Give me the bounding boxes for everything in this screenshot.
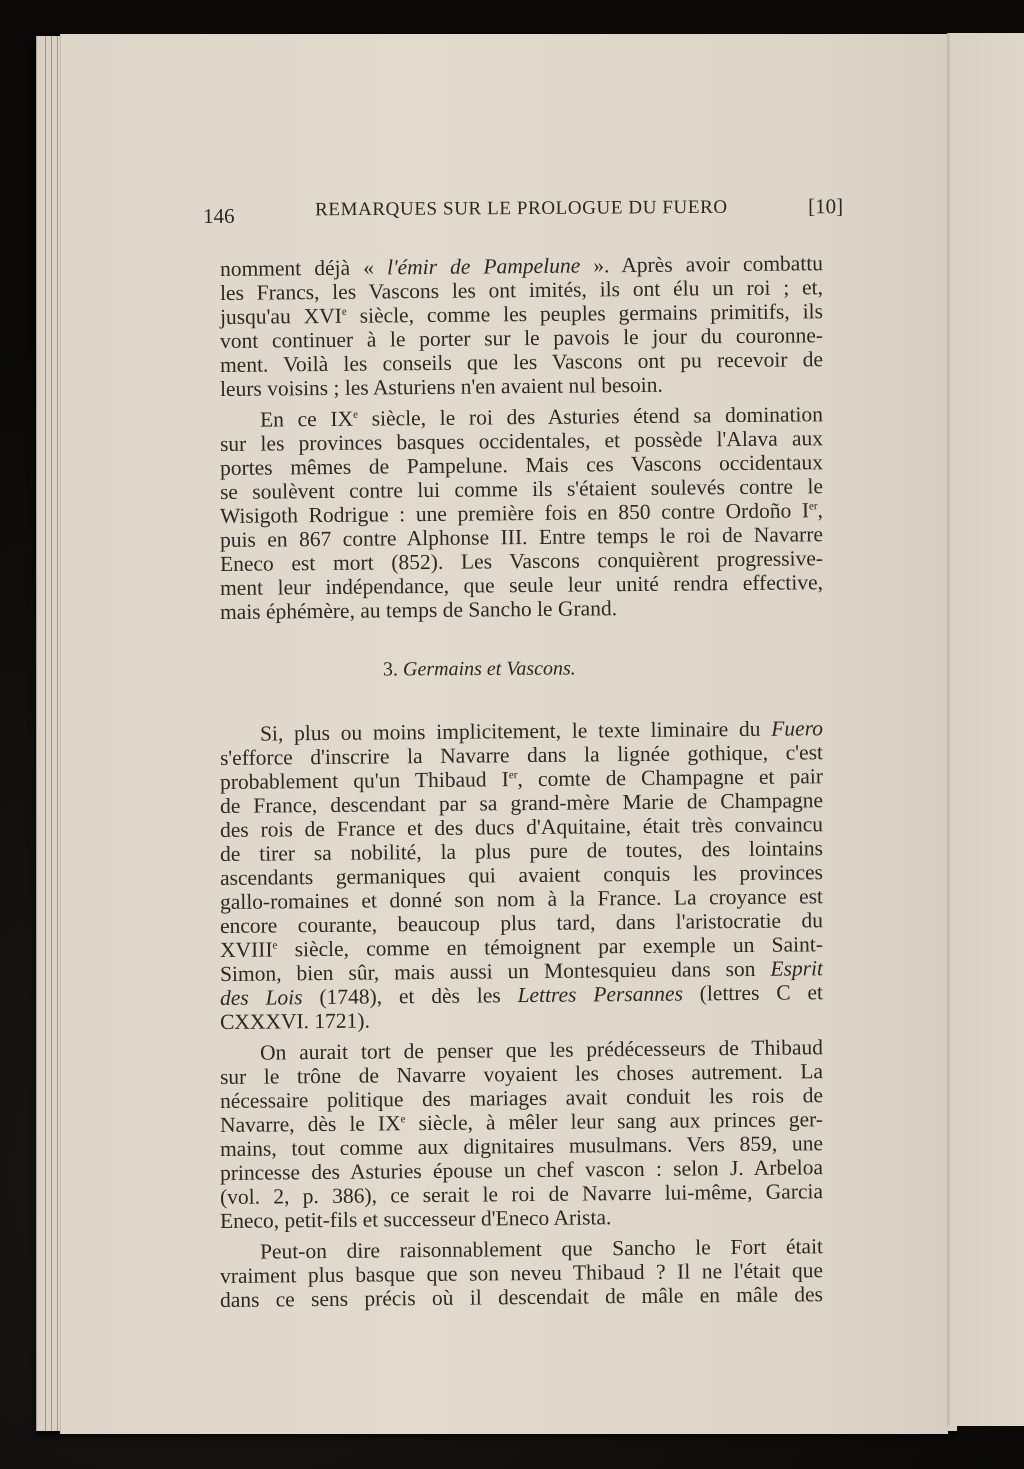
section-heading: 3. Germains et Vascons. [383,657,576,681]
page-edge [51,36,52,1431]
page-edge [45,36,46,1431]
section-number: 3. [383,658,398,680]
page-number: 146 [203,204,235,229]
page-edge [57,36,58,1431]
running-header: 146 REMARQUES SUR LE PROLOGUE DU FUERO [… [203,194,835,228]
section-title: Germains et Vascons. [403,657,576,680]
running-title: REMARQUES SUR LE PROLOGUE DU FUERO [315,197,728,222]
section-reference: [10] [808,194,843,219]
facing-page [950,33,1024,1426]
